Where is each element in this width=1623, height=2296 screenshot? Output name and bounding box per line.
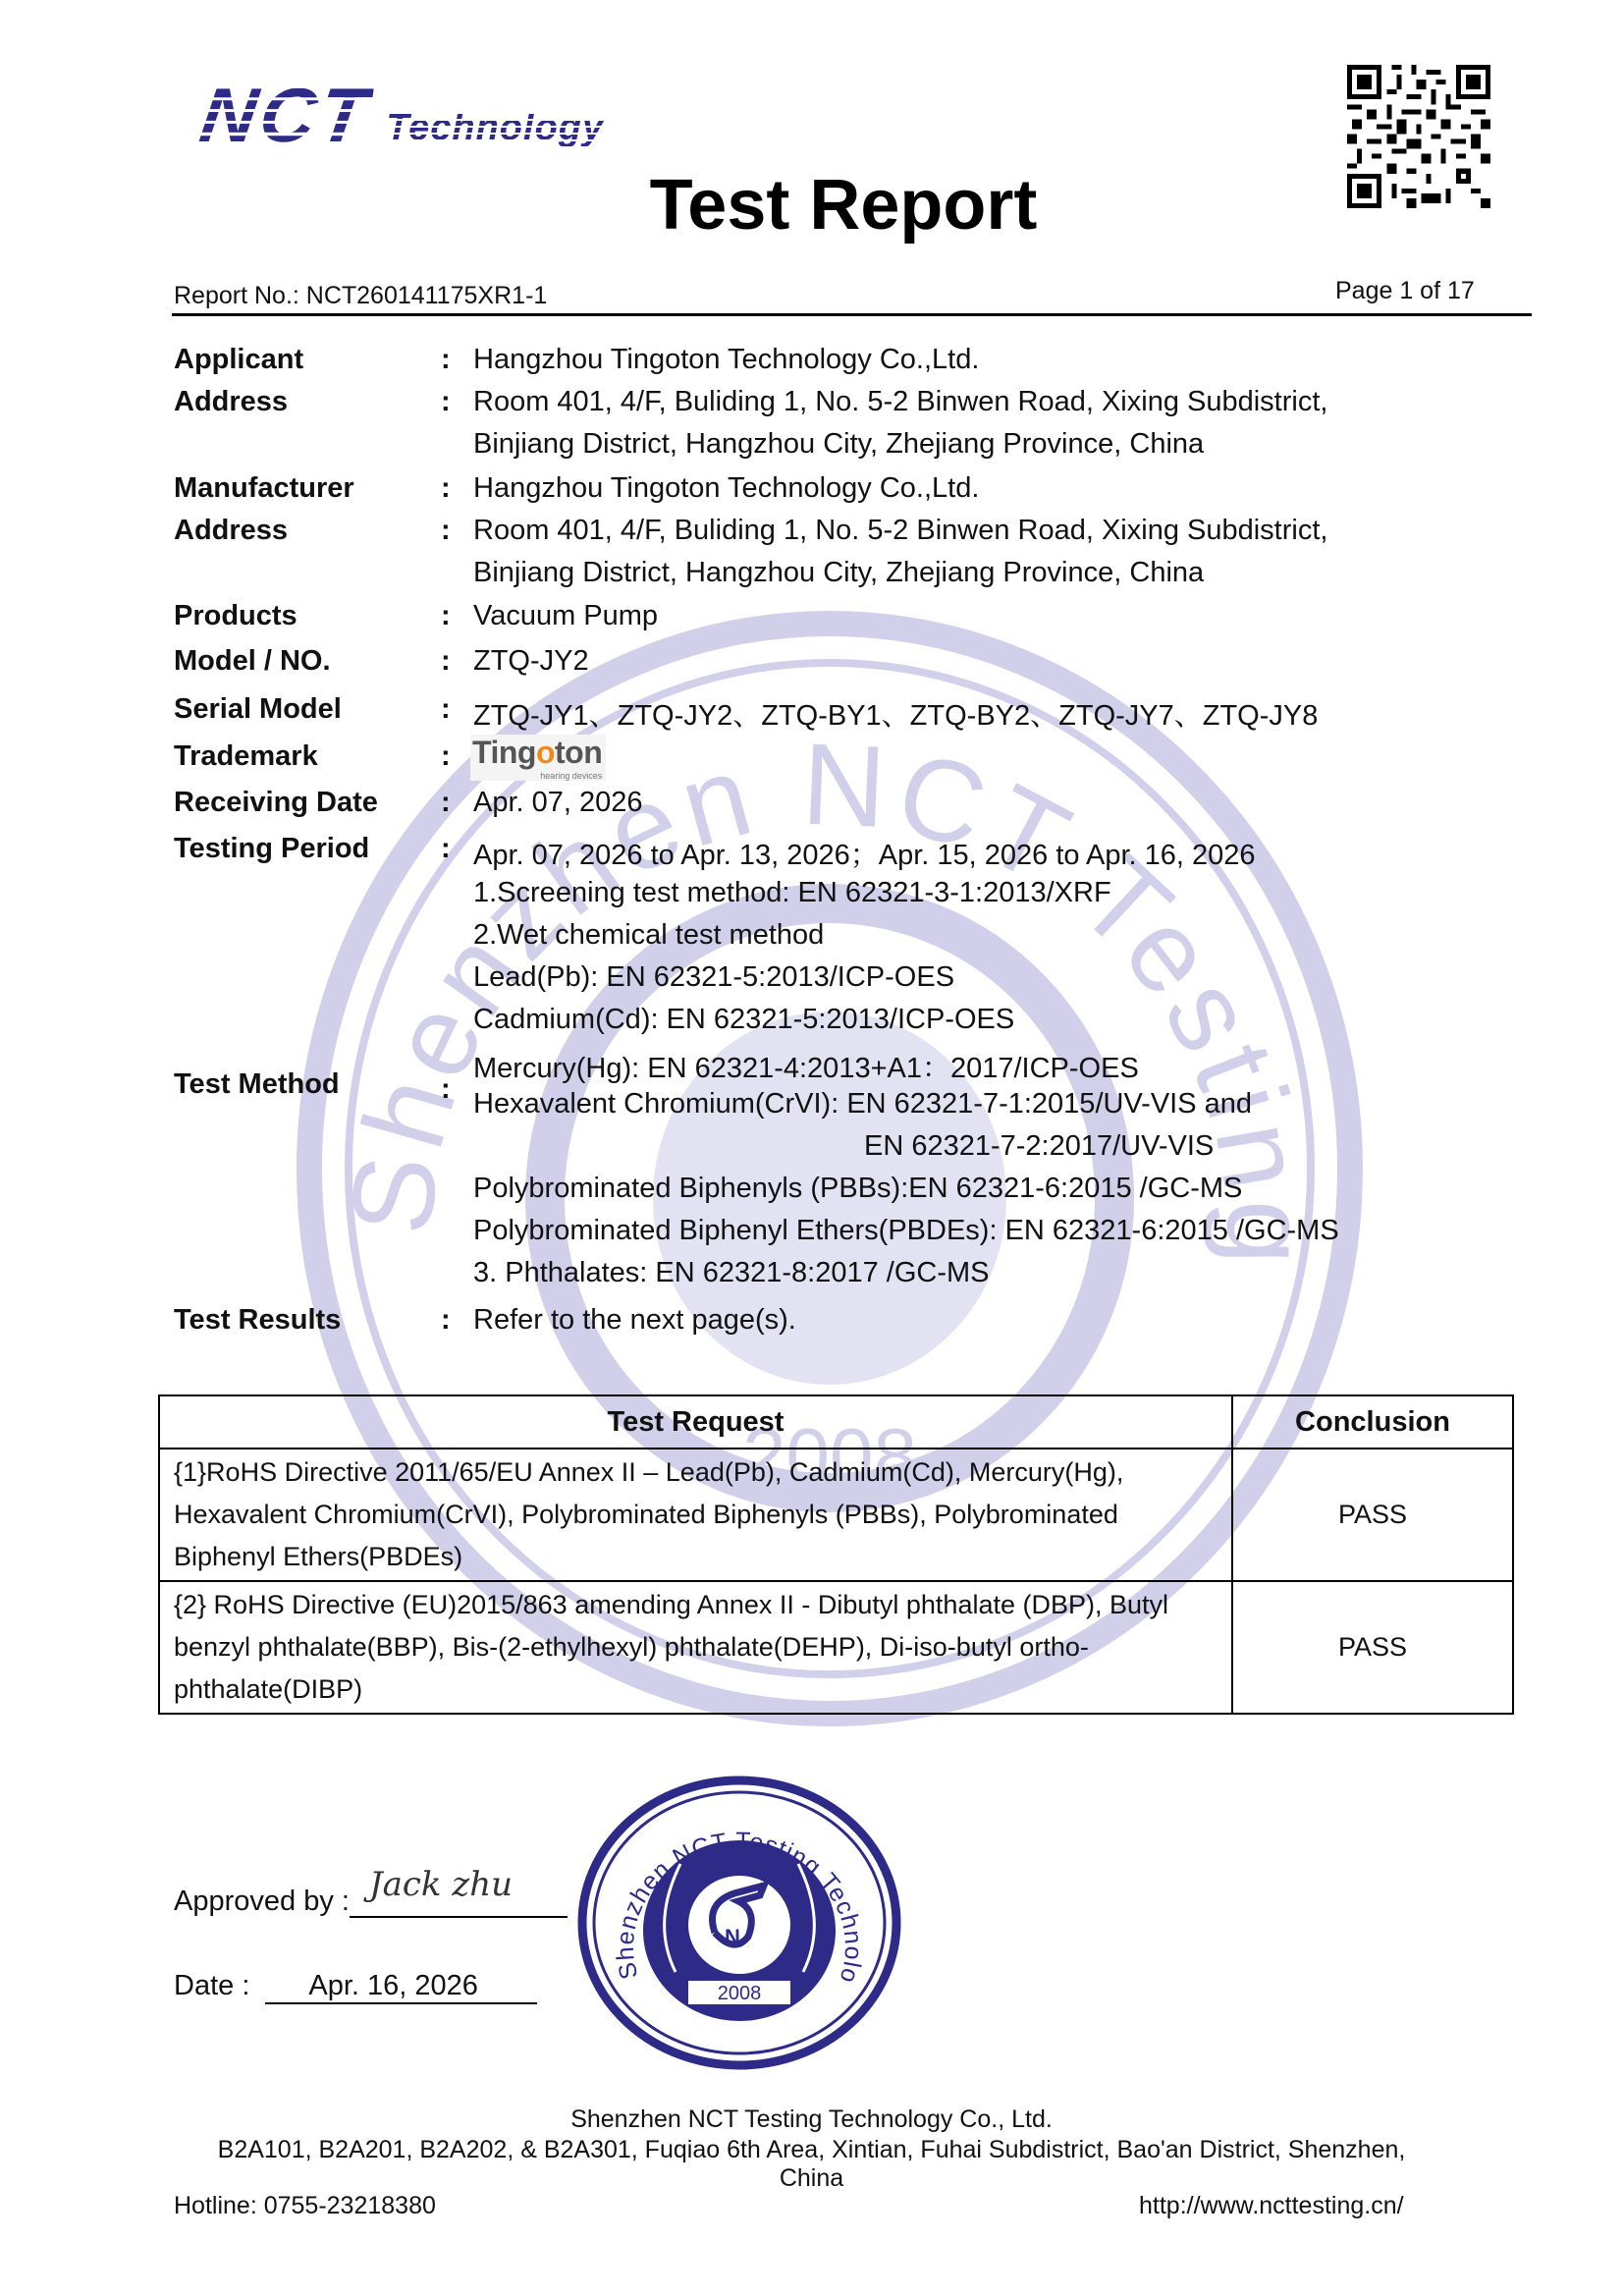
svg-text:N: N [725,1925,740,1949]
model-value: ZTQ-JY2 [473,645,589,678]
test-method-line: Hexavalent Chromium(CrVI): EN 62321-7-1:… [473,1088,1252,1121]
manufacturer-label: Manufacturer [174,472,354,505]
model-label: Model / NO. [174,645,331,678]
brand-tagline: hearing devices [540,771,602,781]
approved-by-label: Approved by : [174,1886,350,1917]
test-request-cell: {1}RoHS Directive 2011/65/EU Annex II – … [159,1449,1232,1581]
trademark-label: Trademark [174,740,318,773]
brand-text: Ting [472,735,536,770]
signature-line: Jack zhu [350,1886,568,1918]
colon: : [441,1304,451,1337]
colon: : [441,833,451,865]
test-method-label: Test Method [174,1068,340,1101]
applicant-value: Hangzhou Tingoton Technology Co.,Ltd. [473,344,979,376]
column-header-test-request: Test Request [159,1395,1232,1449]
conclusion-cell: PASS [1232,1581,1513,1714]
footer-company: Shenzhen NCT Testing Technology Co., Ltd… [0,2105,1623,2134]
page-title: Test Report [0,165,1623,246]
serial-model-value: ZTQ-JY1、ZTQ-JY2、ZTQ-BY1、ZTQ-BY2、ZTQ-JY7、… [473,693,1318,734]
date-label: Date : [174,1970,249,2001]
address-line: Binjiang District, Hangzhou City, Zhejia… [473,557,1204,589]
manufacturer-value: Hangzhou Tingoton Technology Co.,Ltd. [473,472,979,505]
page-indicator: Page 1 of 17 [1335,277,1475,305]
test-method-line: 2.Wet chemical test method [473,919,824,952]
results-table: Test Request Conclusion {1}RoHS Directiv… [158,1394,1514,1715]
test-method-line: Cadmium(Cd): EN 62321-5:2013/ICP-OES [473,1004,1014,1036]
table-row: {1}RoHS Directive 2011/65/EU Annex II – … [159,1449,1513,1581]
test-method-line: Polybrominated Biphenyls (PBBs):EN 62321… [473,1173,1242,1205]
test-method-line: Lead(Pb): EN 62321-5:2013/ICP-OES [473,961,954,994]
applicant-label: Applicant [174,344,303,376]
colon: : [441,472,451,505]
brand-accent: o [536,735,555,770]
address-line: Binjiang District, Hangzhou City, Zhejia… [473,428,1204,461]
address-label: Address [174,386,288,418]
test-results-value: Refer to the next page(s). [473,1304,796,1337]
column-header-conclusion: Conclusion [1232,1395,1513,1449]
products-value: Vacuum Pump [473,600,658,632]
report-number: Report No.: NCT260141175XR1-1 [174,282,547,310]
colon: : [441,1073,451,1106]
footer-website-link[interactable]: http://www.ncttesting.cn/ [1139,2192,1404,2220]
svg-text:2008: 2008 [718,1983,762,2004]
address-line: Room 401, 4/F, Buliding 1, No. 5-2 Binwe… [473,515,1327,547]
test-method-line: EN 62321-7-2:2017/UV-VIS [864,1130,1214,1163]
company-seal-icon: Shenzhen NCT Testing Technology Co.,Ltd.… [577,1776,901,2070]
header-divider [172,313,1532,316]
receiving-date-label: Receiving Date [174,787,378,819]
test-method-line: Mercury(Hg): EN 62321-4:2013+A1：2017/ICP… [473,1046,1139,1086]
test-method-line: 3. Phthalates: EN 62321-8:2017 /GC-MS [473,1257,990,1289]
footer-address: B2A101, B2A201, B2A202, & B2A301, Fuqiao… [0,2136,1623,2164]
colon: : [441,600,451,632]
serial-model-label: Serial Model [174,693,342,726]
colon: : [441,645,451,678]
colon: : [441,515,451,547]
logo-mark: NCT [196,77,376,153]
brand-text: ton [555,735,602,770]
colon: : [441,693,451,726]
footer-hotline: Hotline: 0755-23218380 [174,2192,436,2220]
testing-period-value: Apr. 07, 2026 to Apr. 13, 2026；Apr. 15, … [473,833,1256,873]
test-method-line: Polybrominated Biphenyl Ethers(PBDEs): E… [473,1215,1339,1247]
test-results-label: Test Results [174,1304,341,1337]
colon: : [441,787,451,819]
address-line: Room 401, 4/F, Buliding 1, No. 5-2 Binwe… [473,386,1327,418]
date-value: Apr. 16, 2026 [265,1970,537,2004]
test-method-line: 1.Screening test method: EN 62321-3-1:20… [473,877,1111,909]
footer-address-country: China [0,2164,1623,2193]
testing-period-label: Testing Period [174,833,369,865]
products-label: Products [174,600,298,632]
approved-by: Approved by :Jack zhu [174,1886,568,1918]
receiving-date-value: Apr. 07, 2026 [473,787,643,819]
table-header-row: Test Request Conclusion [159,1395,1513,1449]
address-label: Address [174,515,288,547]
colon: : [441,740,451,773]
nct-logo: NCT Technology [201,77,604,153]
table-row: {2} RoHS Directive (EU)2015/863 amending… [159,1581,1513,1714]
colon: : [441,344,451,376]
signature: Jack zhu [369,1865,513,1904]
trademark-logo: Tingoton hearing devices [470,735,606,781]
colon: : [441,386,451,418]
conclusion-cell: PASS [1232,1449,1513,1581]
approval-date: Date :Apr. 16, 2026 [174,1970,537,2004]
logo-wordmark: Technology [386,107,604,149]
test-request-cell: {2} RoHS Directive (EU)2015/863 amending… [159,1581,1232,1714]
